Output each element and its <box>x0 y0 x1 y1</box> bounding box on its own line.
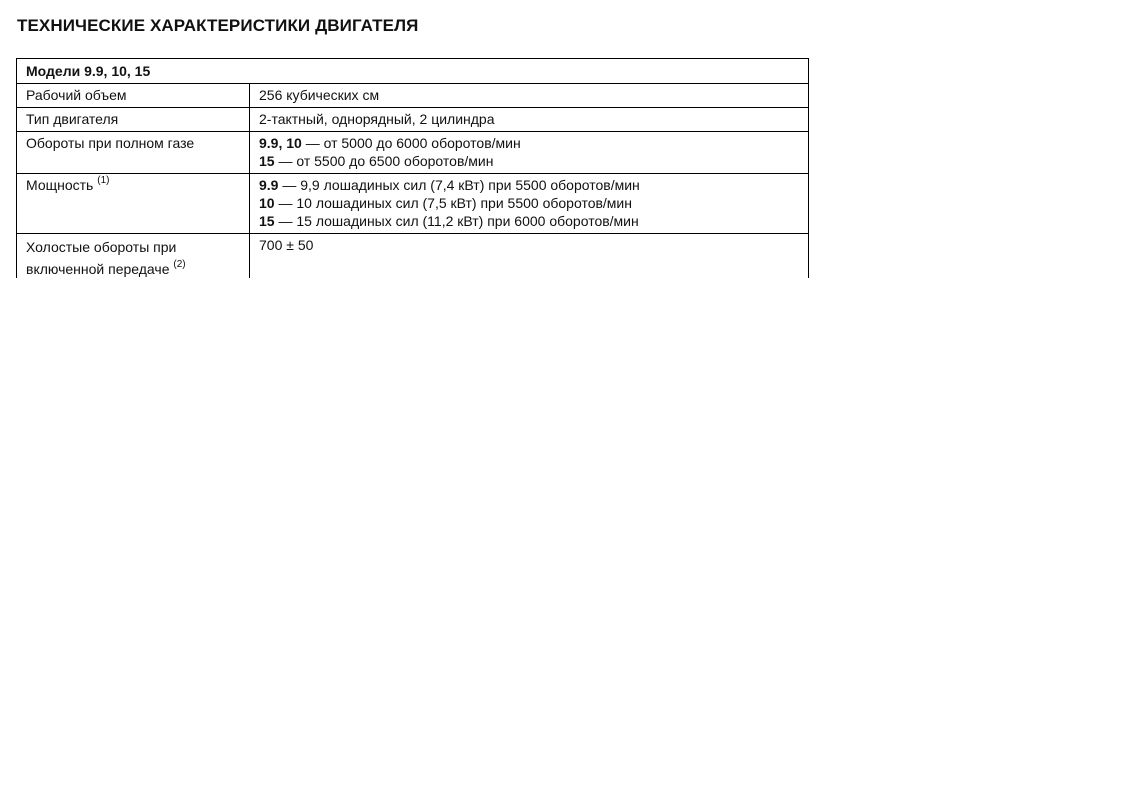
label-text: включенной передаче <box>26 261 169 277</box>
value-line: 9.9 — 9,9 лошадиных сил (7,4 кВт) при 55… <box>259 176 799 194</box>
model-name: 15 <box>259 213 275 229</box>
row-label: Тип двигателя <box>17 108 250 132</box>
table-row: Холостые обороты при включенной передаче… <box>17 234 809 279</box>
label-text: Холостые обороты при <box>26 236 240 258</box>
value-line: 9.9, 10 — от 5000 до 6000 оборотов/мин <box>259 134 799 152</box>
table-row: Рабочий объем 256 кубических см <box>17 84 809 108</box>
value-line: 15 — 15 лошадиных сил (11,2 кВт) при 600… <box>259 212 799 230</box>
engine-specs-table: Модели 9.9, 10, 15 Рабочий объем 256 куб… <box>16 58 809 278</box>
row-value: 2-тактный, однорядный, 2 цилиндра <box>250 108 809 132</box>
row-value: 700 ± 50 <box>250 234 809 279</box>
model-name: 9.9 <box>259 177 278 193</box>
model-name: 9.9, 10 <box>259 135 302 151</box>
specs-table-container: Модели 9.9, 10, 15 Рабочий объем 256 куб… <box>16 58 809 278</box>
model-name: 10 <box>259 195 275 211</box>
page-title: ТЕХНИЧЕСКИЕ ХАРАКТЕРИСТИКИ ДВИГАТЕЛЯ <box>17 16 418 36</box>
table-row: Обороты при полном газе 9.9, 10 — от 500… <box>17 132 809 174</box>
row-value: 9.9, 10 — от 5000 до 6000 оборотов/мин 1… <box>250 132 809 174</box>
footnote-marker: (2) <box>173 259 185 270</box>
model-name: 15 <box>259 153 275 169</box>
row-label: Обороты при полном газе <box>17 132 250 174</box>
value-text: — 10 лошадиных сил (7,5 кВт) при 5500 об… <box>275 195 632 211</box>
row-value: 9.9 — 9,9 лошадиных сил (7,4 кВт) при 55… <box>250 174 809 234</box>
footnote-marker: (1) <box>97 175 109 186</box>
label-text: Мощность <box>26 177 93 193</box>
row-value: 256 кубических см <box>250 84 809 108</box>
value-line: 10 — 10 лошадиных сил (7,5 кВт) при 5500… <box>259 194 799 212</box>
row-label: Мощность (1) <box>17 174 250 234</box>
value-text: — 15 лошадиных сил (11,2 кВт) при 6000 о… <box>275 213 639 229</box>
table-header-row: Модели 9.9, 10, 15 <box>17 59 809 84</box>
value-text: — 9,9 лошадиных сил (7,4 кВт) при 5500 о… <box>278 177 639 193</box>
value-text: — от 5500 до 6500 оборотов/мин <box>275 153 494 169</box>
row-label: Рабочий объем <box>17 84 250 108</box>
table-row: Мощность (1) 9.9 — 9,9 лошадиных сил (7,… <box>17 174 809 234</box>
table-row: Тип двигателя 2-тактный, однорядный, 2 ц… <box>17 108 809 132</box>
label-line: включенной передаче (2) <box>26 258 240 278</box>
value-text: — от 5000 до 6000 оборотов/мин <box>302 135 521 151</box>
models-header: Модели 9.9, 10, 15 <box>17 59 809 84</box>
row-label: Холостые обороты при включенной передаче… <box>17 234 250 279</box>
value-line: 15 — от 5500 до 6500 оборотов/мин <box>259 152 799 170</box>
